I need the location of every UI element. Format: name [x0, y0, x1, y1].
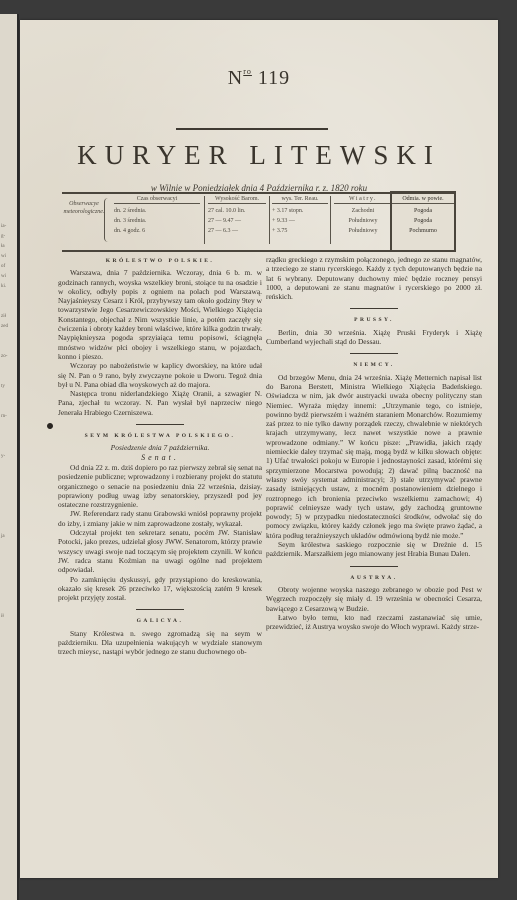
margin-fragment: g-	[1, 234, 5, 240]
margin-fragment: wi	[1, 274, 6, 280]
col-divider	[269, 196, 270, 244]
weather-col-conditions: Odmia. w powie. Pogoda Pogoda Pochmurno	[390, 191, 456, 252]
cell: Pogoda	[392, 206, 454, 216]
article-paragraph: Berlin, dnia 30 września. Xiążę Pruski F…	[266, 328, 482, 347]
section-heading-galicya: GALICYA.	[58, 617, 262, 626]
margin-fragment: of	[1, 264, 5, 270]
weather-label: Obserwacye meteorologiczne.	[62, 200, 106, 216]
section-heading-krolestwo: KRÓLESTWO POLSKIE.	[58, 257, 262, 266]
margin-fragment: zo-	[1, 354, 7, 360]
newspaper-page: Nro 119 KURYER LITEWSKI w Wilnie w Ponie…	[20, 20, 498, 878]
right-column: rządku greckiego z rzymskim połączonego,…	[266, 255, 482, 631]
cell: Pochmurno	[392, 226, 454, 236]
article-paragraph: Następca tronu niderlandzkiego Xiążę Ora…	[58, 389, 262, 417]
number-sign-superscript: ro	[243, 67, 252, 76]
section-divider	[350, 353, 398, 354]
col-header: Odmia. w powie.	[392, 194, 454, 204]
margin-fragment: ty	[1, 384, 5, 390]
margin-fragment: y-	[1, 454, 5, 460]
col-header: Czas obserwacyi	[114, 196, 200, 204]
cell: 27 cal. 10.0 lin.	[208, 206, 266, 216]
article-paragraph: Stany Królestwa n. swego zgromadzą się n…	[58, 629, 262, 657]
article-paragraph: rządku greckiego z rzymskim połączonego,…	[266, 255, 482, 301]
section-divider	[136, 609, 184, 610]
section-heading-austrya: AUSTRYA.	[266, 574, 482, 583]
section-subheading: Posiedzenie dnia 7 października.	[58, 443, 262, 452]
article-paragraph: Łatwo było temu, kto nad rzeczami zastan…	[266, 613, 482, 632]
section-divider	[350, 566, 398, 567]
cell: Południowy	[334, 226, 392, 236]
col-divider	[204, 196, 205, 244]
weather-col-thermometer: wys. Ter. Reau. + 3.17 stopn. + 9.33 — +…	[272, 196, 328, 236]
margin-fragment: ła	[1, 244, 5, 250]
section-heading-niemcy: NIEMCY.	[266, 361, 482, 370]
cell: + 3.75	[272, 226, 328, 236]
issue-number-value: 119	[258, 67, 290, 89]
article-paragraph: Od brzegów Menu, dnia 24 września. Xiążę…	[266, 373, 482, 540]
cell: 27 — 6.3 —	[208, 226, 266, 236]
margin-fragment: ki.	[1, 284, 6, 290]
left-column: KRÓLESTWO POLSKIE. Warszawa, dnia 7 paźd…	[58, 255, 262, 657]
margin-fragment: zed	[1, 324, 8, 330]
title-rule	[176, 128, 328, 130]
article-paragraph: Obroty wojenne woyska naszego zebranego …	[266, 585, 482, 613]
weather-col-time: Czas obserwacyi dn. 2 średnia. dn. 3 śre…	[114, 196, 200, 236]
cell: dn. 4 godz. 6	[114, 226, 200, 236]
margin-fragment: ił	[1, 614, 4, 620]
section-divider	[136, 424, 184, 425]
number-sign: N	[228, 67, 243, 89]
margin-fragment: wi	[1, 254, 6, 260]
col-divider	[330, 196, 331, 244]
col-header: Wiatry.	[334, 196, 392, 204]
cell: + 3.17 stopn.	[272, 206, 328, 216]
article-paragraph: Odczytał projekt ten sekretarz senatu, p…	[58, 528, 262, 574]
cell: dn. 2 średnia.	[114, 206, 200, 216]
margin-fragment: ia-	[1, 224, 6, 230]
col-header: wys. Ter. Reau.	[272, 196, 328, 204]
cell: Pogoda	[392, 216, 454, 226]
weather-col-barometer: Wysokość Barom. 27 cal. 10.0 lin. 27 — 9…	[208, 196, 266, 236]
section-divider	[350, 308, 398, 309]
cell: dn. 3 średnia.	[114, 216, 200, 226]
section-subheading-senat: Senat.	[58, 453, 262, 462]
cell: Południowy	[334, 216, 392, 226]
cell: Zachodni	[334, 206, 392, 216]
margin-fragment: ja	[1, 534, 5, 540]
margin-fragment: ził	[1, 314, 6, 320]
section-heading-prussy: PRUSSY.	[266, 316, 482, 325]
article-paragraph: Seym królestwa saskiego rozpocznie się w…	[266, 540, 482, 559]
article-paragraph: Po zamknięciu dyskussyi, gdy przystąpion…	[58, 575, 262, 603]
weather-col-winds: Wiatry. Zachodni Południowy Południowy	[334, 196, 392, 236]
section-heading-seym: SEYM KRÓLESTWA POLSKIEGO.	[58, 432, 262, 441]
issue-number: Nro 119	[20, 67, 498, 90]
article-paragraph: Warszawa, dnia 7 października. Wczoray, …	[58, 268, 262, 361]
adjacent-page-strip: ia- g- ła wi of wi ki. ził zed zo- ty rn…	[0, 14, 19, 900]
cell: + 9.33 —	[272, 216, 328, 226]
article-paragraph: Od dnia 22 z. m. dziś dopiero po raz pie…	[58, 463, 262, 509]
article-paragraph: JW. Referendarz rady stanu Grabowski wni…	[58, 509, 262, 528]
cell: 27 — 9.47 —	[208, 216, 266, 226]
col-header: Wysokość Barom.	[208, 196, 266, 204]
brace	[104, 198, 111, 242]
margin-fragment: rn-	[1, 414, 7, 420]
article-paragraph: Wczoray po nabożeństwie w kaplicy dworsk…	[58, 361, 262, 389]
masthead-title: KURYER LITEWSKI	[20, 140, 498, 171]
